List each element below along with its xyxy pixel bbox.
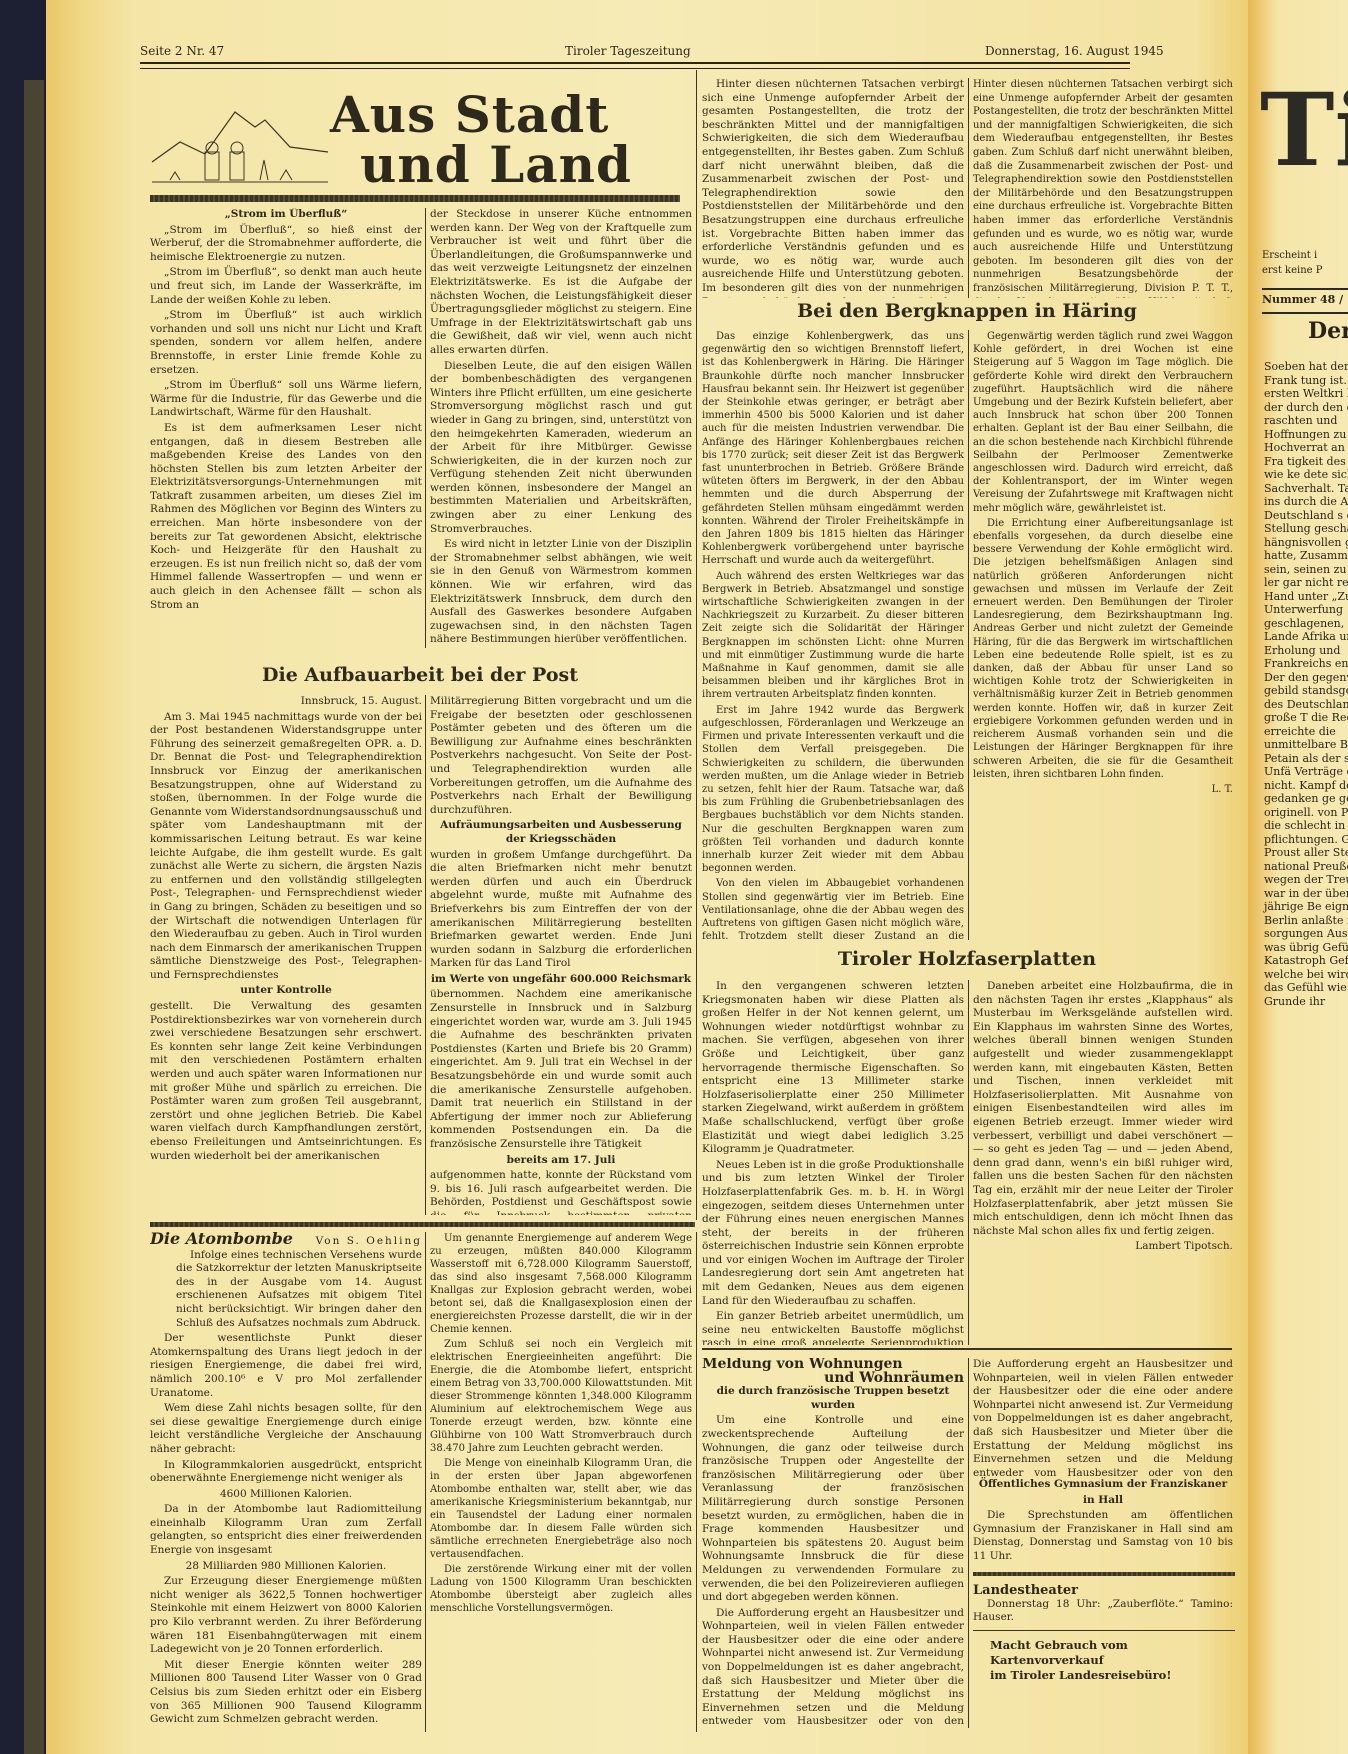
- paragraph: „Strom im Überfluß“ ist auch wirklich vo…: [150, 309, 422, 377]
- article-title-haering: Bei den Bergknappen in Häring: [702, 300, 1232, 322]
- paragraph: Hinter diesen nüchternen Tatsachen verbi…: [702, 78, 964, 298]
- column-rule: [968, 980, 969, 1345]
- section-title: Aus Stadt und Land: [330, 90, 632, 190]
- adjacent-notice-2: erst keine P: [1262, 265, 1322, 276]
- mountain-town-illustration: [150, 92, 330, 192]
- notice-title: Öffentliches Gymnasium der Franziskaner: [973, 1478, 1233, 1492]
- paragraph: Mit dieser Energie könnten weiter 289 Mi…: [150, 1659, 422, 1727]
- notice-theater: Landestheater Donnerstag 18 Uhr: „Zauber…: [973, 1584, 1233, 1627]
- column-rule: [696, 70, 697, 1220]
- paragraph: der Steckdose in unserer Küche entnommen…: [430, 208, 692, 358]
- paragraph: Wem diese Zahl nichts besagen sollte, fü…: [150, 1402, 422, 1456]
- subheading: bereits am 17. Juli: [430, 1154, 692, 1168]
- article-holz-col2: Daneben arbeitet eine Holzbaufirma, die …: [973, 980, 1233, 1345]
- paragraph: Auch während des ersten Weltkrieges war …: [702, 570, 964, 702]
- column-rule: [968, 330, 969, 940]
- adjacent-page: Ti Erscheint i erst keine P Nummer 48 / …: [1248, 0, 1348, 1754]
- adjacent-text: Soeben hat der für Frank tung ist. Marsc…: [1264, 360, 1348, 1008]
- article-atom-col2: Um genannte Energiemenge auf anderem Weg…: [430, 1232, 692, 1732]
- article-wohnung-col2: Die Aufforderung ergeht an Hausbesitzer …: [973, 1358, 1233, 1478]
- article-title-atom: Die Atombombe: [150, 1232, 293, 1246]
- dateline: Innsbruck, 15. August.: [150, 695, 422, 709]
- column-rule: [425, 208, 426, 648]
- paragraph: Neues Leben ist in die große Produktions…: [702, 1159, 964, 1309]
- article-post-col1: Innsbruck, 15. August. Am 3. Mai 1945 na…: [150, 695, 422, 1215]
- paragraph: „Strom im Überfluß“, so hieß einst der W…: [150, 224, 422, 265]
- paragraph: Das einzige Kohlenbergwerk, das uns gege…: [702, 330, 964, 568]
- paragraph: wurden in großem Umfange durchgeführt. D…: [430, 849, 692, 971]
- newspaper-name: Tiroler Tageszeitung: [565, 44, 691, 58]
- article-subtitle: die durch französische Truppen besetzt w…: [702, 1385, 964, 1412]
- notice-title-2: in Hall: [973, 1494, 1233, 1508]
- paragraph: Am 3. Mai 1945 nachmittags wurde von der…: [150, 711, 422, 983]
- section-rule: [150, 1222, 695, 1227]
- ad-line: Macht Gebrauch vom Kartenvorverkauf: [990, 1638, 1235, 1668]
- paragraph: Es wird nicht in letzter Linie von der D…: [430, 538, 692, 647]
- subheading: unter Kontrolle: [150, 984, 422, 998]
- article-atom-col1: Die Atombombe Von S. Oehling Infolge ein…: [150, 1232, 422, 1732]
- paragraph: aufgenommen hatte, konnte der Rückstand …: [430, 1169, 692, 1215]
- paragraph: Militärregierung Bitten vorgebracht und …: [430, 695, 692, 817]
- article-haering-col2: Gegenwärtig werden täglich rund zwei Wag…: [973, 330, 1233, 940]
- signature: L. T.: [973, 783, 1233, 796]
- paragraph: In den vergangenen schweren letzten Krie…: [702, 980, 964, 1157]
- paragraph: Zum Schluß sei noch ein Vergleich mit el…: [430, 1338, 692, 1455]
- highlight-figure: 4600 Millionen Kalorien.: [150, 1488, 422, 1502]
- paragraph: gestellt. Die Verwaltung des gesamten Po…: [150, 1000, 422, 1163]
- paragraph: Da in der Atombombe laut Radiomitteilung…: [150, 1503, 422, 1557]
- column-rule: [968, 1358, 969, 1728]
- issue-date: Donnerstag, 16. August 1945: [985, 44, 1164, 58]
- byline: Von S. Oehling: [316, 1235, 422, 1249]
- paragraph: „Strom im Überfluß“, so denkt man auch h…: [150, 266, 422, 307]
- binding-edge: [24, 80, 44, 1754]
- article-post-col4: Hinter diesen nüchternen Tatsachen verbi…: [973, 78, 1233, 298]
- column-rule: [425, 695, 426, 1215]
- article-title-post: Die Aufbauarbeit bei der Post: [150, 664, 690, 686]
- article-post-col2: Militärregierung Bitten vorgebracht und …: [430, 695, 692, 1215]
- paragraph: Erst im Jahre 1942 wurde das Bergwerk au…: [702, 704, 964, 876]
- section-rule: [973, 1630, 1235, 1631]
- article-strom-col1: „Strom im Überfluß“ „Strom im Überfluß“,…: [150, 208, 422, 648]
- adjacent-issue: Nummer 48 /: [1262, 293, 1343, 306]
- header-rule: [140, 62, 1130, 69]
- article-holz-col1: In den vergangenen schweren letzten Krie…: [702, 980, 964, 1345]
- article-title-holz: Tiroler Holzfaserplatten: [702, 948, 1232, 970]
- paragraph: Dieselben Leute, die auf den eisigen Wäl…: [430, 360, 692, 537]
- adjacent-notice-1: Erscheint i: [1262, 250, 1317, 261]
- section-rule: [973, 1572, 1235, 1576]
- section-title-line2: und Land: [360, 140, 632, 190]
- paragraph: Die Menge von eineinhalb Kilogramm Uran,…: [430, 1457, 692, 1561]
- paragraph: Um eine Kontrolle und eine zweckentsprec…: [702, 1414, 964, 1604]
- page-number: Seite 2 Nr. 47: [140, 44, 224, 58]
- adjacent-rule: [1262, 312, 1348, 314]
- paragraph: Von den vielen im Abbaugebiet vorhandene…: [702, 877, 964, 940]
- notice-text: Die Sprechstunden am öffentlichen Gymnas…: [973, 1509, 1233, 1563]
- paragraph: Hinter diesen nüchternen Tatsachen verbi…: [973, 78, 1233, 298]
- article-post-col3: Hinter diesen nüchternen Tatsachen verbi…: [702, 78, 964, 298]
- notice-text: Donnerstag 18 Uhr: „Zauberflöte.“ Tamino…: [973, 1598, 1233, 1625]
- paragraph: Es ist dem aufmerksamen Leser nicht entg…: [150, 422, 422, 612]
- section-title-line1: Aus Stadt: [330, 90, 632, 140]
- paragraph: Zur Erzeugung dieser Energiemenge müßten…: [150, 1575, 422, 1657]
- signature: Lambert Tipotsch.: [973, 1240, 1233, 1254]
- paragraph: Die Aufforderung ergeht an Hausbesitzer …: [973, 1358, 1233, 1478]
- article-title-wohnung-2: und Wohnräumen: [702, 1372, 964, 1386]
- article-haering-col1: Das einzige Kohlenbergwerk, das uns gege…: [702, 330, 964, 940]
- notice-gymnasium: Öffentliches Gymnasium der Franziskaner …: [973, 1478, 1233, 1566]
- subheading: Aufräumungsarbeiten und Ausbesserung der…: [430, 819, 692, 846]
- section-rule: [702, 1348, 1232, 1354]
- masthead-rule: [150, 195, 680, 202]
- highlight-figure: 28 Milliarden 980 Millionen Kalorien.: [150, 1560, 422, 1574]
- paragraph: „Strom im Überfluß“ soll uns Wärme liefe…: [150, 379, 422, 420]
- article-strom-col2: der Steckdose in unserer Küche entnommen…: [430, 208, 692, 648]
- paragraph: Der wesentlichste Punkt dieser Atomkerns…: [150, 1332, 422, 1400]
- notice-title: Landestheater: [973, 1584, 1233, 1598]
- subheading: im Werte von ungefähr 600.000 Reichsmark: [430, 973, 692, 987]
- column-rule: [425, 1232, 426, 1732]
- paragraph: übernommen. Nachdem eine amerikanische Z…: [430, 988, 692, 1151]
- paragraph: Die zerstörende Wirkung einer mit der vo…: [430, 1563, 692, 1615]
- paragraph: Daneben arbeitet eine Holzbaufirma, die …: [973, 980, 1233, 1238]
- paragraph: Die Errichtung einer Aufbereitungsanlage…: [973, 517, 1233, 781]
- adjacent-masthead: Ti: [1260, 80, 1348, 180]
- paragraph: In Kilogrammkalorien ausgedrückt, entspr…: [150, 1459, 422, 1486]
- paragraph: Die Aufforderung ergeht an Hausbesitzer …: [702, 1607, 964, 1728]
- article-title: „Strom im Überfluß“: [150, 208, 422, 222]
- column-rule: [968, 78, 969, 298]
- editor-note: Infolge eines technischen Versehens wurd…: [176, 1249, 422, 1331]
- paragraph: Ein ganzer Betrieb arbeitet unermüdlich,…: [702, 1310, 964, 1345]
- column-rule: [696, 1232, 697, 1732]
- paragraph: Gegenwärtig werden täglich rund zwei Wag…: [973, 330, 1233, 515]
- paragraph: Um genannte Energiemenge auf anderem Weg…: [430, 1232, 692, 1336]
- article-wohnung: Meldung von Wohnungen und Wohnräumen die…: [702, 1358, 964, 1728]
- adjacent-headline: Der: [1308, 318, 1348, 344]
- adjacent-rule: [1262, 288, 1348, 290]
- advertisement: Macht Gebrauch vom Kartenvorverkauf im T…: [990, 1638, 1235, 1683]
- ad-line: im Tiroler Landesreisebüro!: [990, 1668, 1235, 1683]
